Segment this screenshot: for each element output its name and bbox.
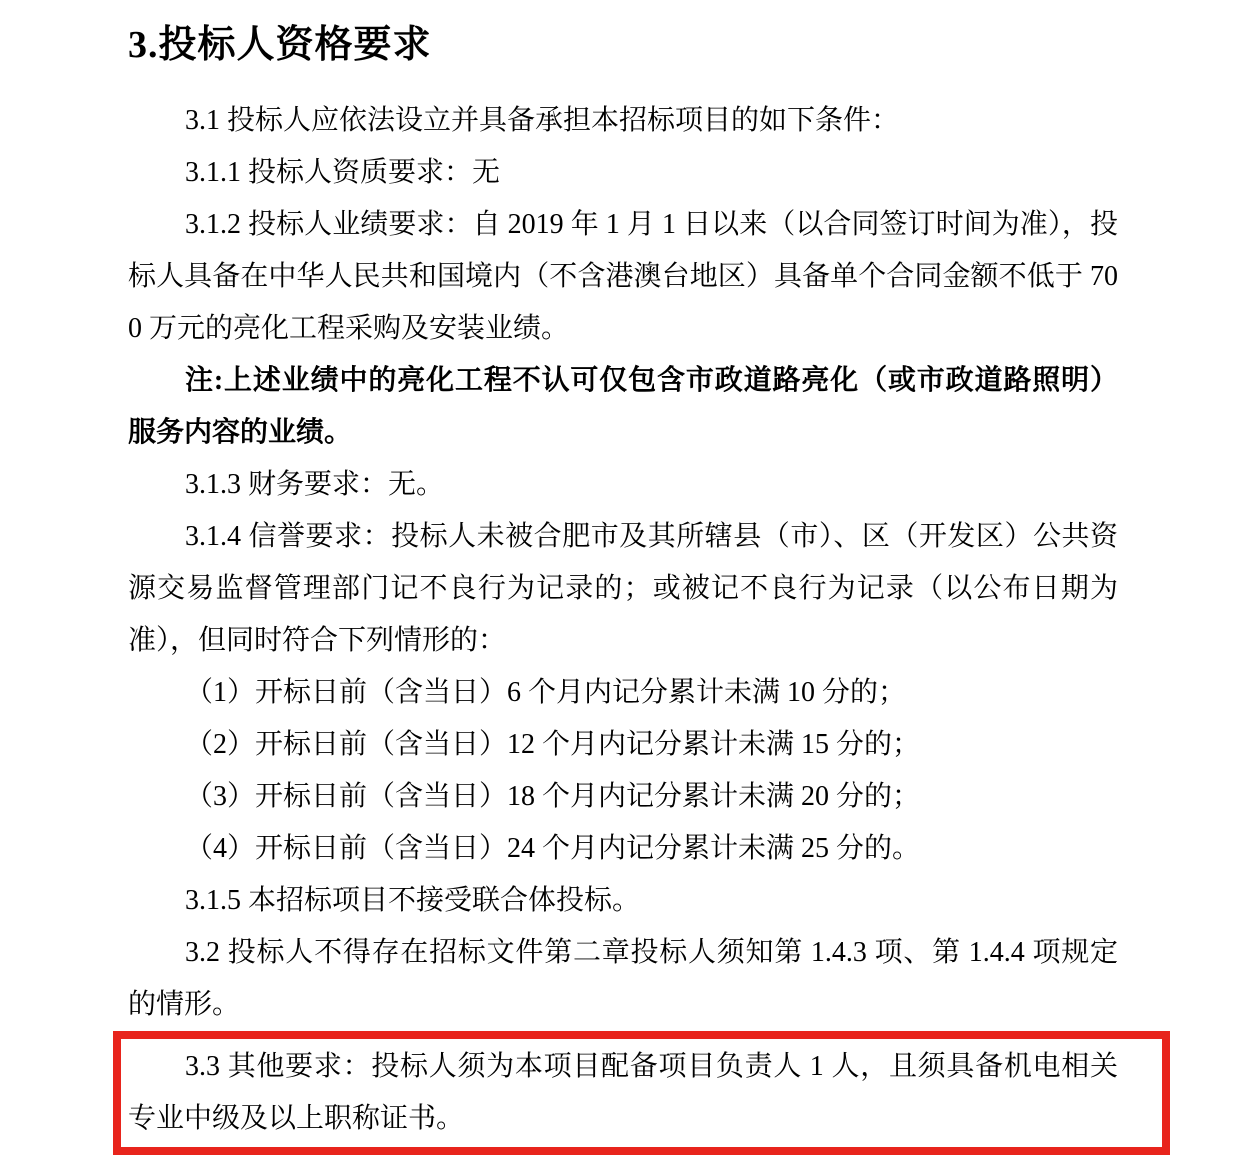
paragraph-3-3: 3.3 其他要求：投标人须为本项目配备项目负责人 1 人，且须具备机电相关专业中…	[128, 1041, 1118, 1145]
paragraph-3-1-1: 3.1.1 投标人资质要求：无	[128, 147, 1118, 199]
paragraph-3-1-2: 3.1.2 投标人业绩要求：自 2019 年 1 月 1 日以来（以合同签订时间…	[128, 199, 1118, 355]
list-item-4: （4）开标日前（含当日）24 个月内记分累计未满 25 分的。	[128, 823, 1118, 875]
list-item-2: （2）开标日前（含当日）12 个月内记分累计未满 15 分的；	[128, 719, 1118, 771]
paragraph-3-2: 3.2 投标人不得存在招标文件第二章投标人须知第 1.4.3 项、第 1.4.4…	[128, 927, 1118, 1031]
paragraph-3-1-3: 3.1.3 财务要求：无。	[128, 459, 1118, 511]
red-highlight-box: 3.3 其他要求：投标人须为本项目配备项目负责人 1 人，且须具备机电相关专业中…	[113, 1031, 1170, 1155]
paragraph-3-1: 3.1 投标人应依法设立并具备承担本招标项目的如下条件：	[128, 95, 1118, 147]
section-heading: 3.投标人资格要求	[128, 22, 1120, 68]
paragraph-3-1-5: 3.1.5 本招标项目不接受联合体投标。	[128, 875, 1118, 927]
list-item-3: （3）开标日前（含当日）18 个月内记分累计未满 20 分的；	[128, 771, 1118, 823]
document-page: 3.投标人资格要求 3.1 投标人应依法设立并具备承担本招标项目的如下条件： 3…	[0, 0, 1248, 1176]
paragraph-note: 注:上述业绩中的亮化工程不认可仅包含市政道路亮化（或市政道路照明）服务内容的业绩…	[128, 355, 1118, 459]
paragraph-3-1-4: 3.1.4 信誉要求：投标人未被合肥市及其所辖县（市）、区（开发区）公共资源交易…	[128, 511, 1118, 667]
list-item-1: （1）开标日前（含当日）6 个月内记分累计未满 10 分的；	[128, 667, 1118, 719]
